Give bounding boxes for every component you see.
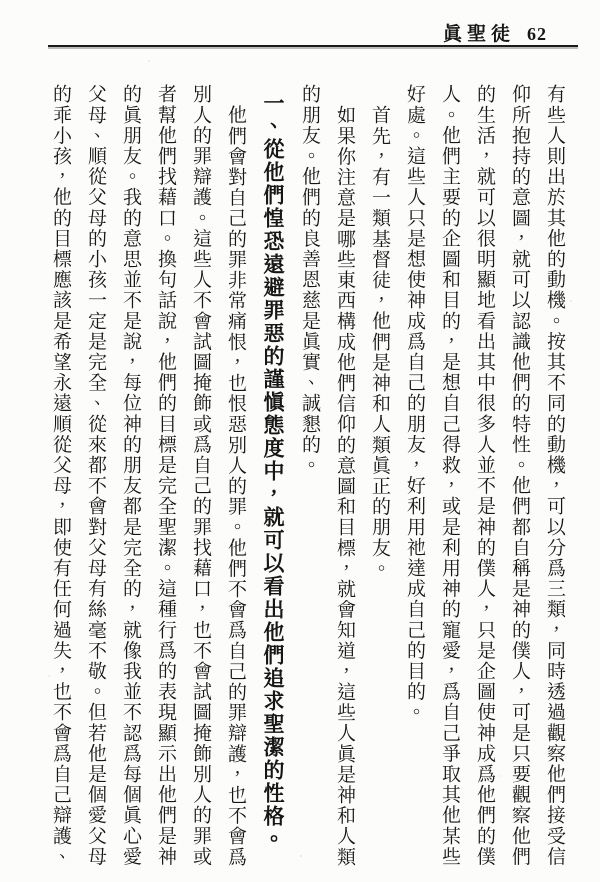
book-page: 眞聖徒62 有些人則出於其他的動機。按其不同的動機，可以分爲三類，同時透過觀察他… (0, 0, 600, 882)
header-rule (48, 45, 578, 47)
page-header: 眞聖徒62 (443, 19, 547, 46)
paragraph: 如果你注意是哪些東西構成他們信仰的意圖和目標，就會知道，這些人眞是神和人類的朋友… (292, 84, 362, 872)
page-body: 有些人則出於其他的動機。按其不同的動機，可以分爲三類，同時透過觀察他們接受信仰所… (43, 84, 572, 872)
book-title: 眞聖徒 (443, 24, 515, 45)
page-number: 62 (527, 24, 547, 44)
paragraph: 有些人則出於其他的動機。按其不同的動機，可以分爲三類，同時透過觀察他們接受信仰所… (397, 84, 572, 872)
section-heading: 一、從他們惶恐遠避罪惡的謹愼態度中，就可以看出他們追求聖潔的性格。 (253, 84, 292, 872)
paragraph: 他們會對自己的罪非常痛恨，也恨惡別人的罪。他們不會爲自己的罪辯護，也不會爲別人的… (43, 84, 253, 872)
paragraph: 首先，有一類基督徒，他們是神和人類眞正的朋友。 (362, 84, 397, 872)
